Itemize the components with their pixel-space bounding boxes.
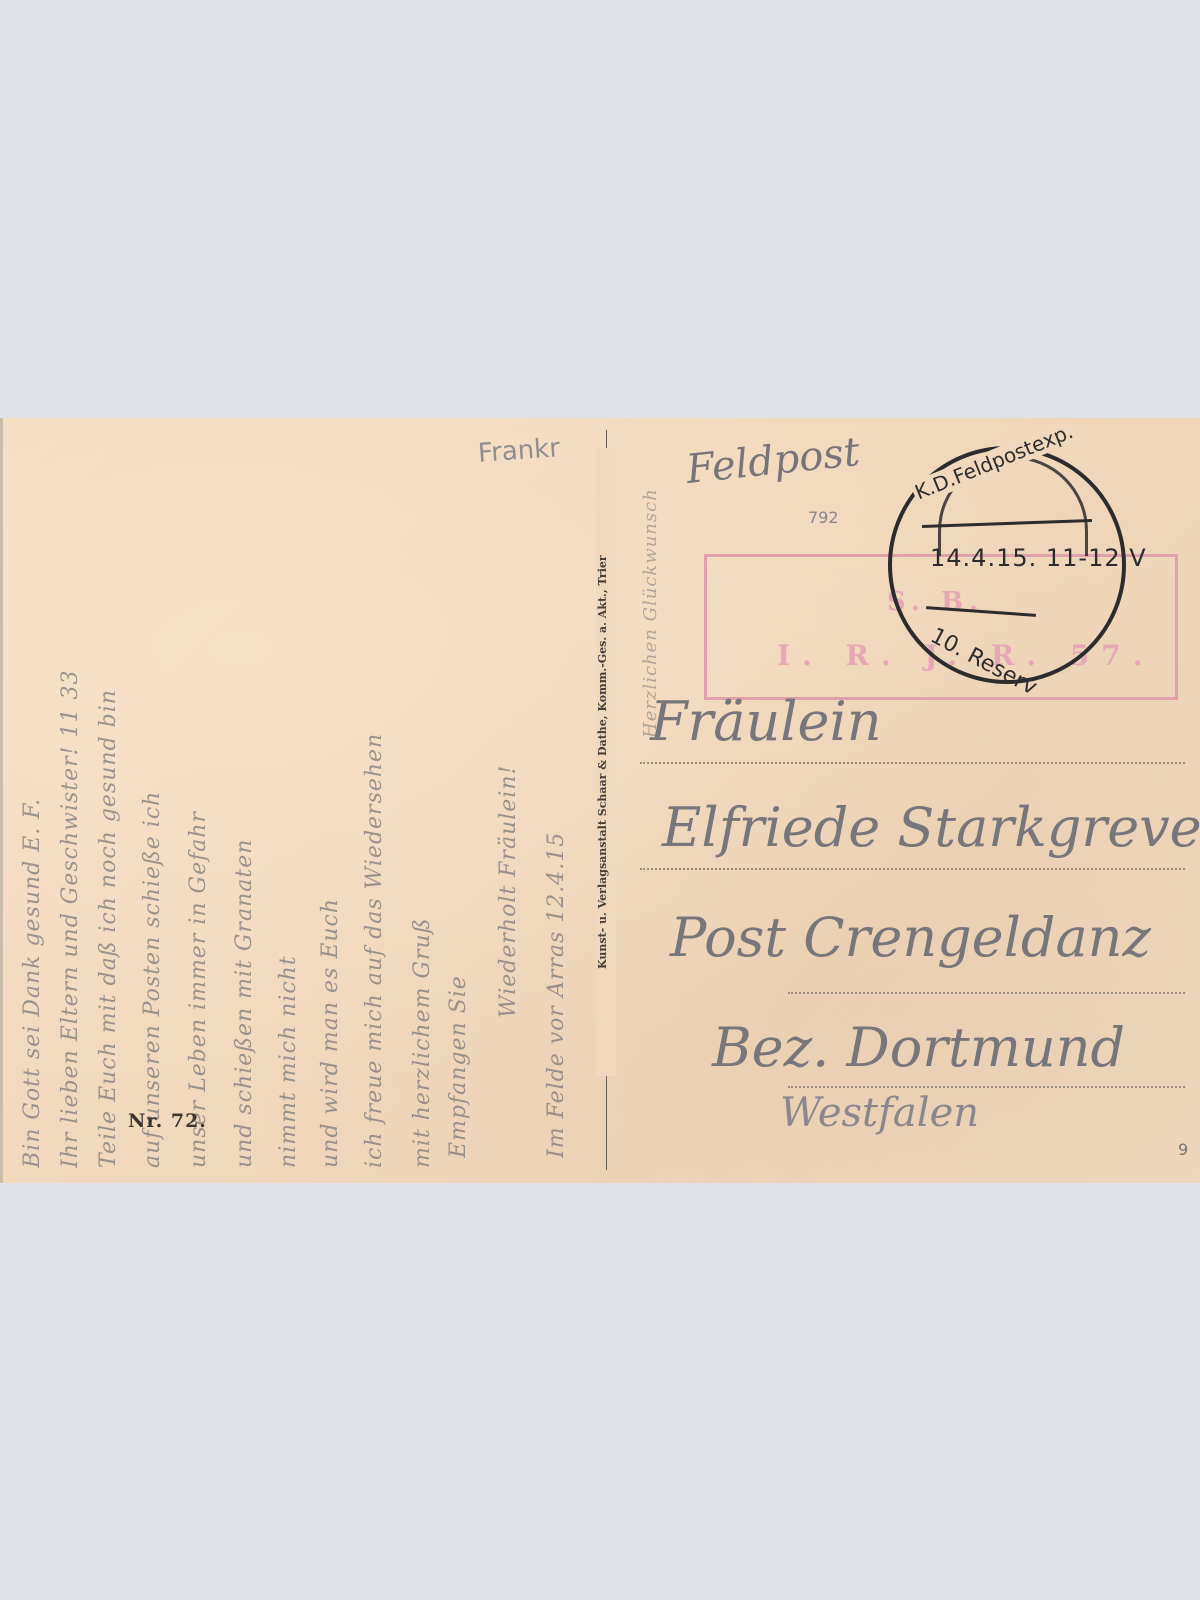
message-line: und schießen mit Granaten	[232, 428, 266, 1168]
service-number: 792	[808, 508, 839, 527]
recipient-salutation: Fräulein	[650, 690, 882, 753]
address-line-4	[788, 1086, 1185, 1088]
message-line: auf unseren Posten schieße ich	[140, 428, 174, 1168]
message-line: Empfangen Sie	[446, 458, 480, 1158]
series-number: Nr. 72.	[128, 1110, 207, 1132]
address-line-3	[788, 992, 1185, 994]
greeting-line: Wiederholt Fräulein!	[496, 578, 530, 1018]
message-line: mit herzlichem Gruß	[410, 428, 444, 1168]
date-line: Im Felde vor Arras 12.4.15	[544, 518, 578, 1158]
message-line: Teile Euch mit daß ich noch gesund bin	[96, 428, 130, 1168]
recipient-post: Post Crengeldanz	[670, 906, 1151, 969]
postmark-date: 14.4.15. 11-12 V	[930, 544, 1147, 572]
message-line: Ihr lieben Eltern und Geschwister! 11 33	[58, 428, 92, 1168]
location-note: Frankr	[477, 433, 561, 469]
recipient-region: Westfalen	[780, 1090, 979, 1136]
message-line: nimmt mich nicht	[276, 428, 310, 1168]
address-line-2	[640, 868, 1185, 870]
card-edge	[0, 418, 3, 1183]
message-line: und wird man es Euch	[318, 428, 352, 1168]
message-line: Bin Gott sei Dank gesund E. F.	[20, 428, 54, 1168]
corner-mark: 9	[1178, 1140, 1188, 1159]
postcard: Bin Gott sei Dank gesund E. F. Ihr liebe…	[0, 418, 1200, 1183]
postmark: K.D.Feldpostexp. 14.4.15. 11-12 V 10. Re…	[888, 446, 1126, 684]
publisher-imprint: Kunst- u. Verlagsanstalt Schaar & Dathe,…	[596, 448, 616, 1076]
message-line: unser Leben immer in Gefahr	[186, 428, 220, 1168]
feldpost-note: Feldpost	[684, 429, 862, 493]
message-line: ich freue mich auf das Wiedersehen	[362, 428, 396, 1168]
postmark-bar-bottom	[926, 606, 1036, 617]
recipient-name: Elfriede Starkgreve	[662, 796, 1200, 859]
recipient-district: Bez. Dortmund	[712, 1016, 1125, 1079]
address-line-1	[640, 762, 1185, 764]
